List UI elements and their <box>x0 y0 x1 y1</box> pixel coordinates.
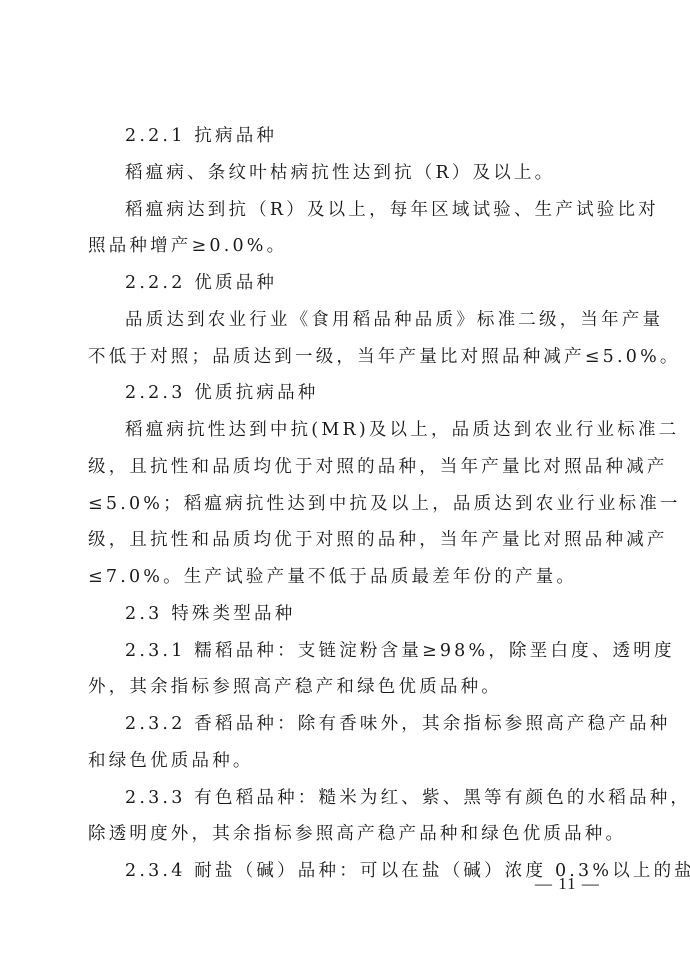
paragraph-line: 和绿色优质品种。 <box>88 743 606 780</box>
paragraph-line: 稻瘟病达到抗（R）及以上，每年区域试验、生产试验比对 <box>88 192 606 229</box>
paragraph-line: ≤5.0%；稻瘟病抗性达到中抗及以上，品质达到农业行业标准一 <box>88 486 606 523</box>
paragraph-line: 2.3.4 耐盐（碱）品种：可以在盐（碱）浓度 0.3%以上的盐 <box>88 853 606 890</box>
paragraph-line: 2.3.1 糯稻品种：支链淀粉含量≥98%，除垩白度、透明度 <box>88 633 606 670</box>
paragraph-line: 照品种增产≥0.0%。 <box>88 228 606 265</box>
paragraph-line: 稻瘟病抗性达到中抗(MR)及以上，品质达到农业行业标准二 <box>88 412 606 449</box>
document-body: 2.2.1 抗病品种 稻瘟病、条纹叶枯病抗性达到抗（R）及以上。 稻瘟病达到抗（… <box>88 118 606 890</box>
paragraph-line: 品质达到农业行业《食用稻品种品质》标准二级，当年产量 <box>88 302 606 339</box>
heading-2-2-3: 2.2.3 优质抗病品种 <box>88 375 606 412</box>
heading-2-3: 2.3 特殊类型品种 <box>88 596 606 633</box>
paragraph-line: 2.3.2 香稻品种：除有香味外，其余指标参照高产稳产品种 <box>88 706 606 743</box>
paragraph-line: 级，且抗性和品质均优于对照的品种，当年产量比对照品种减产 <box>88 522 606 559</box>
page-number: — 11 — <box>535 874 600 894</box>
document-page: 2.2.1 抗病品种 稻瘟病、条纹叶枯病抗性达到抗（R）及以上。 稻瘟病达到抗（… <box>0 0 690 975</box>
paragraph-line: 除透明度外，其余指标参照高产稳产品种和绿色优质品种。 <box>88 816 606 853</box>
paragraph-line: 外，其余指标参照高产稳产和绿色优质品种。 <box>88 669 606 706</box>
paragraph-line: 2.3.3 有色稻品种：糙米为红、紫、黑等有颜色的水稻品种， <box>88 780 606 817</box>
heading-2-2-2: 2.2.2 优质品种 <box>88 265 606 302</box>
heading-2-2-1: 2.2.1 抗病品种 <box>88 118 606 155</box>
paragraph-line: ≤7.0%。生产试验产量不低于品质最差年份的产量。 <box>88 559 606 596</box>
paragraph-line: 稻瘟病、条纹叶枯病抗性达到抗（R）及以上。 <box>88 155 606 192</box>
paragraph-line: 级，且抗性和品质均优于对照的品种，当年产量比对照品种减产 <box>88 449 606 486</box>
paragraph-line: 不低于对照；品质达到一级，当年产量比对照品种减产≤5.0%。 <box>88 339 606 376</box>
